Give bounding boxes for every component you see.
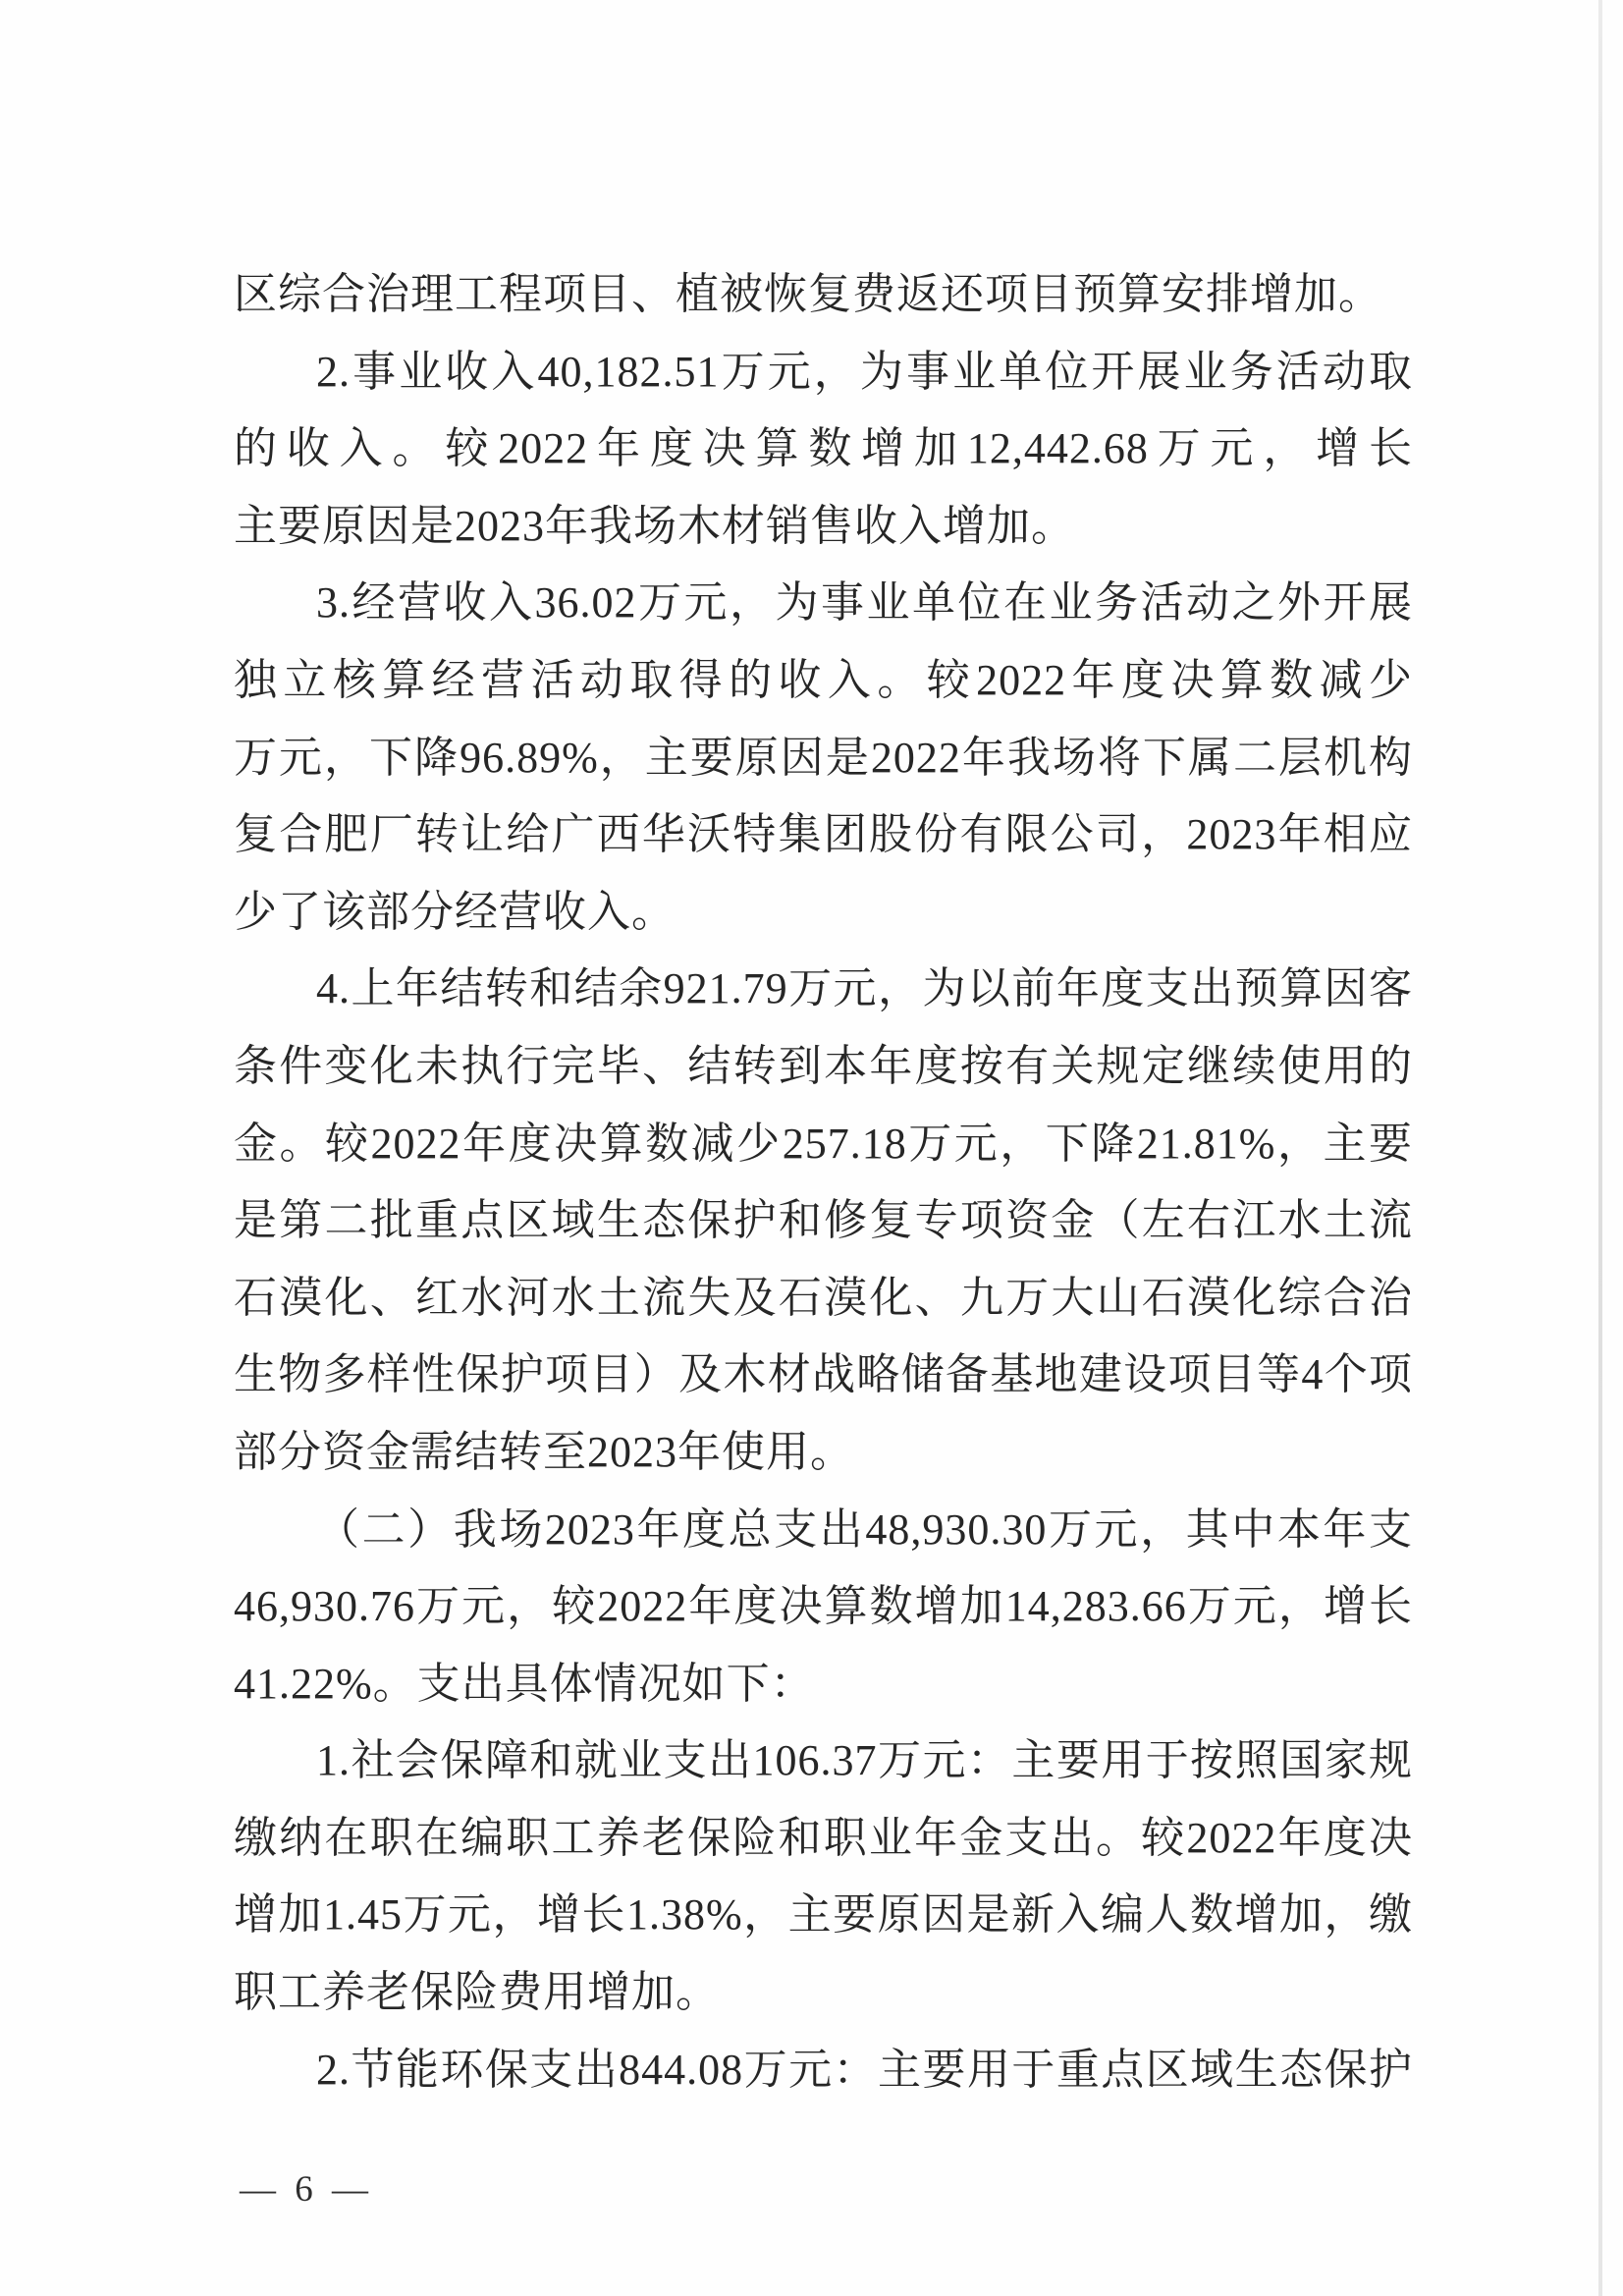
document-page: 区综合治理工程项目、植被恢复费返还项目预算安排增加。 2.事业收入40,182.… xyxy=(0,0,1623,2296)
text-line: 区综合治理工程项目、植被恢复费返还项目预算安排增加。 xyxy=(234,256,1413,334)
text-line: 46,930.76万元，较2022年度决算数增加14,283.66万元，增长 xyxy=(234,1568,1413,1646)
text-line: 主要原因是2023年我场木材销售收入增加。 xyxy=(234,488,1413,566)
text-line: 生物多样性保护项目）及木材战略储备基地建设项目等4个项目 xyxy=(234,1337,1413,1414)
text-line: 职工养老保险费用增加。 xyxy=(234,1954,1413,2032)
text-line: 少了该部分经营收入。 xyxy=(234,874,1413,952)
text-line: 的收入。较2022年度决算数增加12,442.68万元，增长44.85%， xyxy=(234,410,1413,488)
page-number: — 6 — xyxy=(240,2168,373,2211)
text-line: 是第二批重点区域生态保护和修复专项资金（左右江水土流失及 xyxy=(234,1182,1413,1260)
scan-edge-shadow xyxy=(1598,0,1602,2296)
text-line: 石漠化、红水河水土流失及石漠化、九万大山石漠化综合治理及 xyxy=(234,1260,1413,1338)
text-line: 缴纳在职在编职工养老保险和职业年金支出。较2022年度决算数 xyxy=(234,1800,1413,1878)
text-line: 1.社会保障和就业支出106.37万元：主要用于按照国家规定 xyxy=(234,1722,1413,1800)
text-line: （二）我场2023年度总支出48,930.30万元，其中本年支出 xyxy=(234,1492,1413,1569)
text-line: 条件变化未执行完毕、结转到本年度按有关规定继续使用的资 xyxy=(234,1028,1413,1106)
document-body: 区综合治理工程项目、植被恢复费返还项目预算安排增加。 2.事业收入40,182.… xyxy=(234,256,1413,2108)
text-line: 万元，下降96.89%，主要原因是2022年我场将下属二层机构绿丰 xyxy=(234,720,1413,797)
text-line: 2.事业收入40,182.51万元，为事业单位开展业务活动取得 xyxy=(234,334,1413,411)
text-line: 增加1.45万元，增长1.38%，主要原因是新入编人数增加，缴纳 xyxy=(234,1877,1413,1954)
text-line: 部分资金需结转至2023年使用。 xyxy=(234,1414,1413,1492)
text-line: 复合肥厂转让给广西华沃特集团股份有限公司，2023年相应的减 xyxy=(234,796,1413,874)
text-line: 4.上年结转和结余921.79万元，为以前年度支出预算因客观 xyxy=(234,951,1413,1028)
text-line: 2.节能环保支出844.08万元：主要用于重点区域生态保护和 xyxy=(234,2032,1413,2109)
text-line: 金。较2022年度决算数减少257.18万元，下降21.81%，主要原因 xyxy=(234,1106,1413,1183)
text-line: 3.经营收入36.02万元，为事业单位在业务活动之外开展非 xyxy=(234,565,1413,642)
text-line: 41.22%。支出具体情况如下： xyxy=(234,1646,1413,1723)
text-line: 独立核算经营活动取得的收入。较2022年度决算数减少1,121.92 xyxy=(234,642,1413,720)
